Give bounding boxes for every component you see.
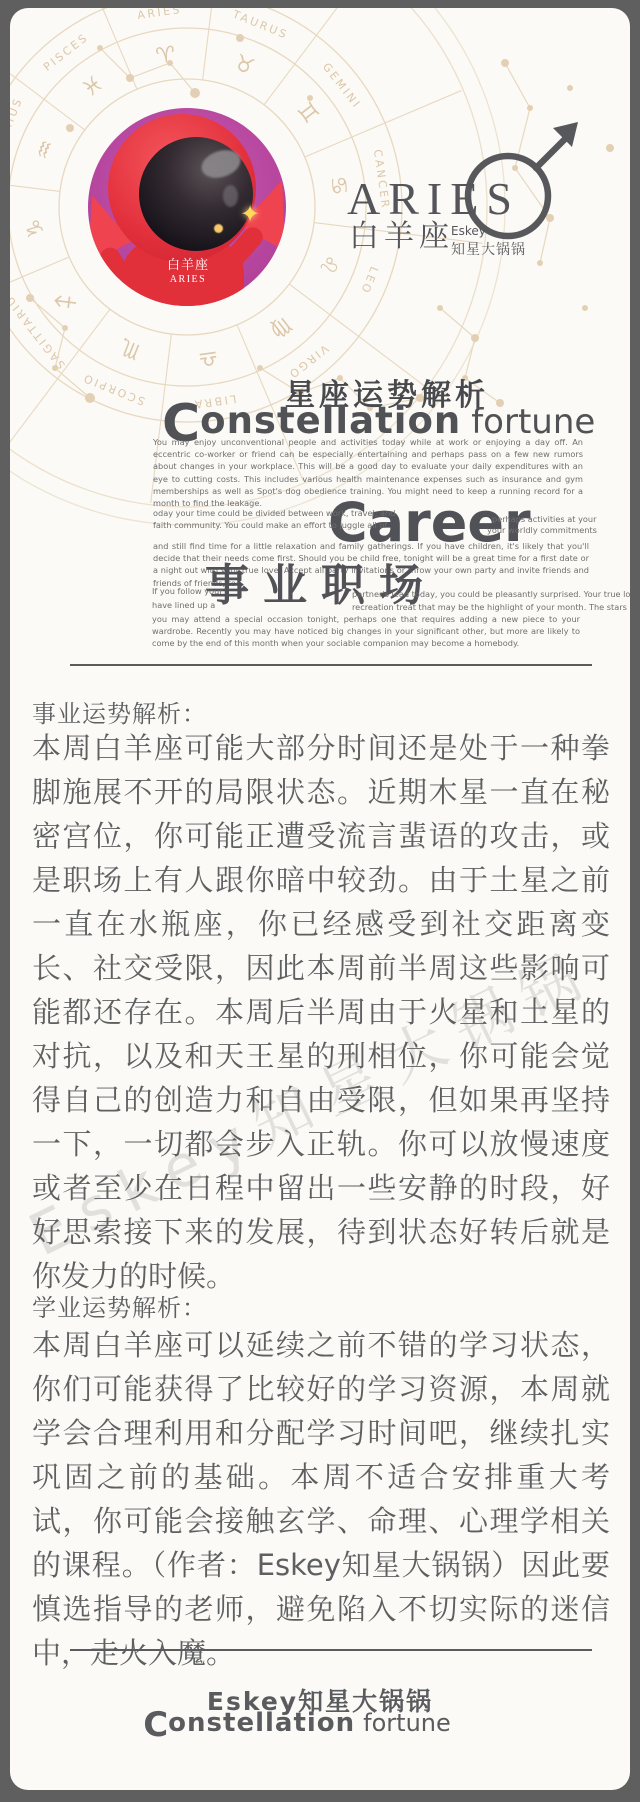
wheel-glyph-♊: ♊ [291,98,323,129]
section-study-body: 本周白羊座可以延续之前不错的学习状态，你们可能获得了比较好的学习资源，本周就学会… [32,1323,610,1675]
wheel-name-ARIES: ARIES [137,8,183,22]
shirt-text-en: ARIES [148,274,228,286]
brand-name-en: Eskey [451,224,486,238]
section-study-heading: 学业运势解析： [32,1288,207,1323]
mascot-helmet [108,114,256,262]
separator-top [70,664,592,666]
career-left-line-2: faith community. You could make an effor… [153,519,387,531]
footer-logo-rest: onstellation [168,1708,355,1738]
career2-left-line-1: If you follow your [152,585,223,597]
wheel-name-AQUARIUS: AQUARIUS [10,95,25,172]
section-career-heading: 事业运势解析： [32,694,207,729]
mascot-visor [139,137,253,251]
star-icon: ✦ [240,200,260,228]
career-left-line-1: oday your time could be divided between … [153,507,395,519]
wheel-glyph-♌: ♌ [313,250,344,278]
wheel-name-LEO: LEO [358,265,381,297]
sign-title-en: ARIES [347,176,520,222]
wheel-glyph-♈: ♈ [154,42,177,70]
career2-right-line-2: recreation treat that may be the highlig… [352,601,630,613]
wheel-name-PISCES: PISCES [41,31,91,74]
career2-right-line-1: partner's lead today, you could be pleas… [352,588,630,600]
footer-logo-initial: C [143,1705,168,1745]
career2-left-line-2: have lined up a [152,599,215,611]
brand-name-zh: 知星大锅锅 [451,239,526,259]
section-career-body: 本周白羊座可能大部分时间还是处于一种拳脚施展不开的局限状态。近期木星一直在秘密宫… [32,726,610,1298]
footer-logo-line: Constellationfortune [10,1708,607,1742]
footer-logo-suffix: fortune [363,1709,451,1737]
poster-card: ♈ARIES♉TAURUS♊GEMINI♋CANCER♌LEO♍VIRGO♎LI… [10,8,630,1790]
wheel-glyph-♎: ♎ [197,344,220,372]
wheel-glyph-♑: ♑ [22,217,50,240]
poster-stage: ♈ARIES♉TAURUS♊GEMINI♋CANCER♌LEO♍VIRGO♎LI… [0,0,640,1802]
wheel-name-GEMINI: GEMINI [320,60,364,111]
wheel-glyph-♒: ♒ [30,136,61,164]
wheel-glyph-♉: ♉ [230,50,258,81]
wheel-glyph-♐: ♐ [51,285,83,316]
separator-bottom [70,1649,592,1651]
wheel-glyph-♓: ♓ [78,71,109,103]
career2-paragraph: you may attend a special occasion tonigh… [152,613,580,650]
wheel-glyph-♏: ♏ [116,333,144,364]
mascot-shirt-label: 白羊座 ARIES [148,258,228,286]
sign-title-zh: 白羊座 [349,222,454,252]
shirt-text-zh: 白羊座 [148,258,228,274]
career-right-line-2: your worldly commitments [487,524,597,536]
aries-mascot-avatar: 白羊座 ARIES ✦ [88,108,286,306]
wheel-glyph-♍: ♍ [265,311,296,343]
